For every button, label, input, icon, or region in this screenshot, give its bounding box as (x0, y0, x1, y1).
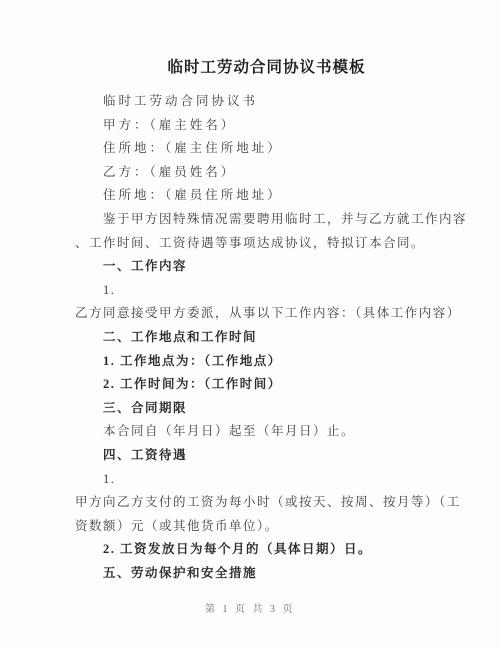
section-4-wage-line-1: 甲方向乙方支付的工资为每小时（或按天、按周、按月等）（工 (75, 491, 458, 515)
page-number-footer: 第 1 页 共 3 页 (0, 602, 500, 618)
section-4-item-number: 1. (75, 468, 458, 492)
document-title: 临时工劳动合同协议书模板 (75, 57, 458, 79)
party-a-address-line: 住所地：（雇主住所地址） (75, 137, 458, 161)
preamble-line-2: 、工作时间、工资待遇等事项达成协议，特拟订本合同。 (75, 232, 458, 256)
party-b-address-line: 住所地：（雇员住所地址） (75, 184, 458, 208)
section-2-item-2: 2. 工作时间为：（工作时间） (75, 373, 458, 397)
doc-subtitle-line: 临时工劳动合同协议书 (75, 90, 458, 114)
section-3-term-line: 本合同自（年月日）起至（年月日）止。 (75, 420, 458, 444)
section-4-wage-line-2: 资数额）元（或其他货币单位）。 (75, 515, 458, 539)
section-1-heading: 一、工作内容 (75, 255, 458, 279)
section-5-heading: 五、劳动保护和安全措施 (75, 562, 458, 586)
contract-document-page: 临时工劳动合同协议书模板 临时工劳动合同协议书 甲方：（雇主姓名） 住所地：（雇… (0, 0, 500, 647)
section-2-item-1: 1. 工作地点为：（工作地点） (75, 350, 458, 374)
section-1-item-number: 1. (75, 279, 458, 303)
party-b-line: 乙方：（雇员姓名） (75, 161, 458, 185)
party-a-line: 甲方：（雇主姓名） (75, 114, 458, 138)
section-2-heading: 二、工作地点和工作时间 (75, 326, 458, 350)
section-4-item-2: 2. 工资发放日为每个月的（具体日期）日。 (75, 538, 458, 562)
section-3-heading: 三、合同期限 (75, 397, 458, 421)
section-1-item-text: 乙方同意接受甲方委派，从事以下工作内容：（具体工作内容） (75, 302, 458, 326)
section-4-heading: 四、工资待遇 (75, 444, 458, 468)
preamble-line-1: 鉴于甲方因特殊情况需要聘用临时工，并与乙方就工作内容 (75, 208, 458, 232)
